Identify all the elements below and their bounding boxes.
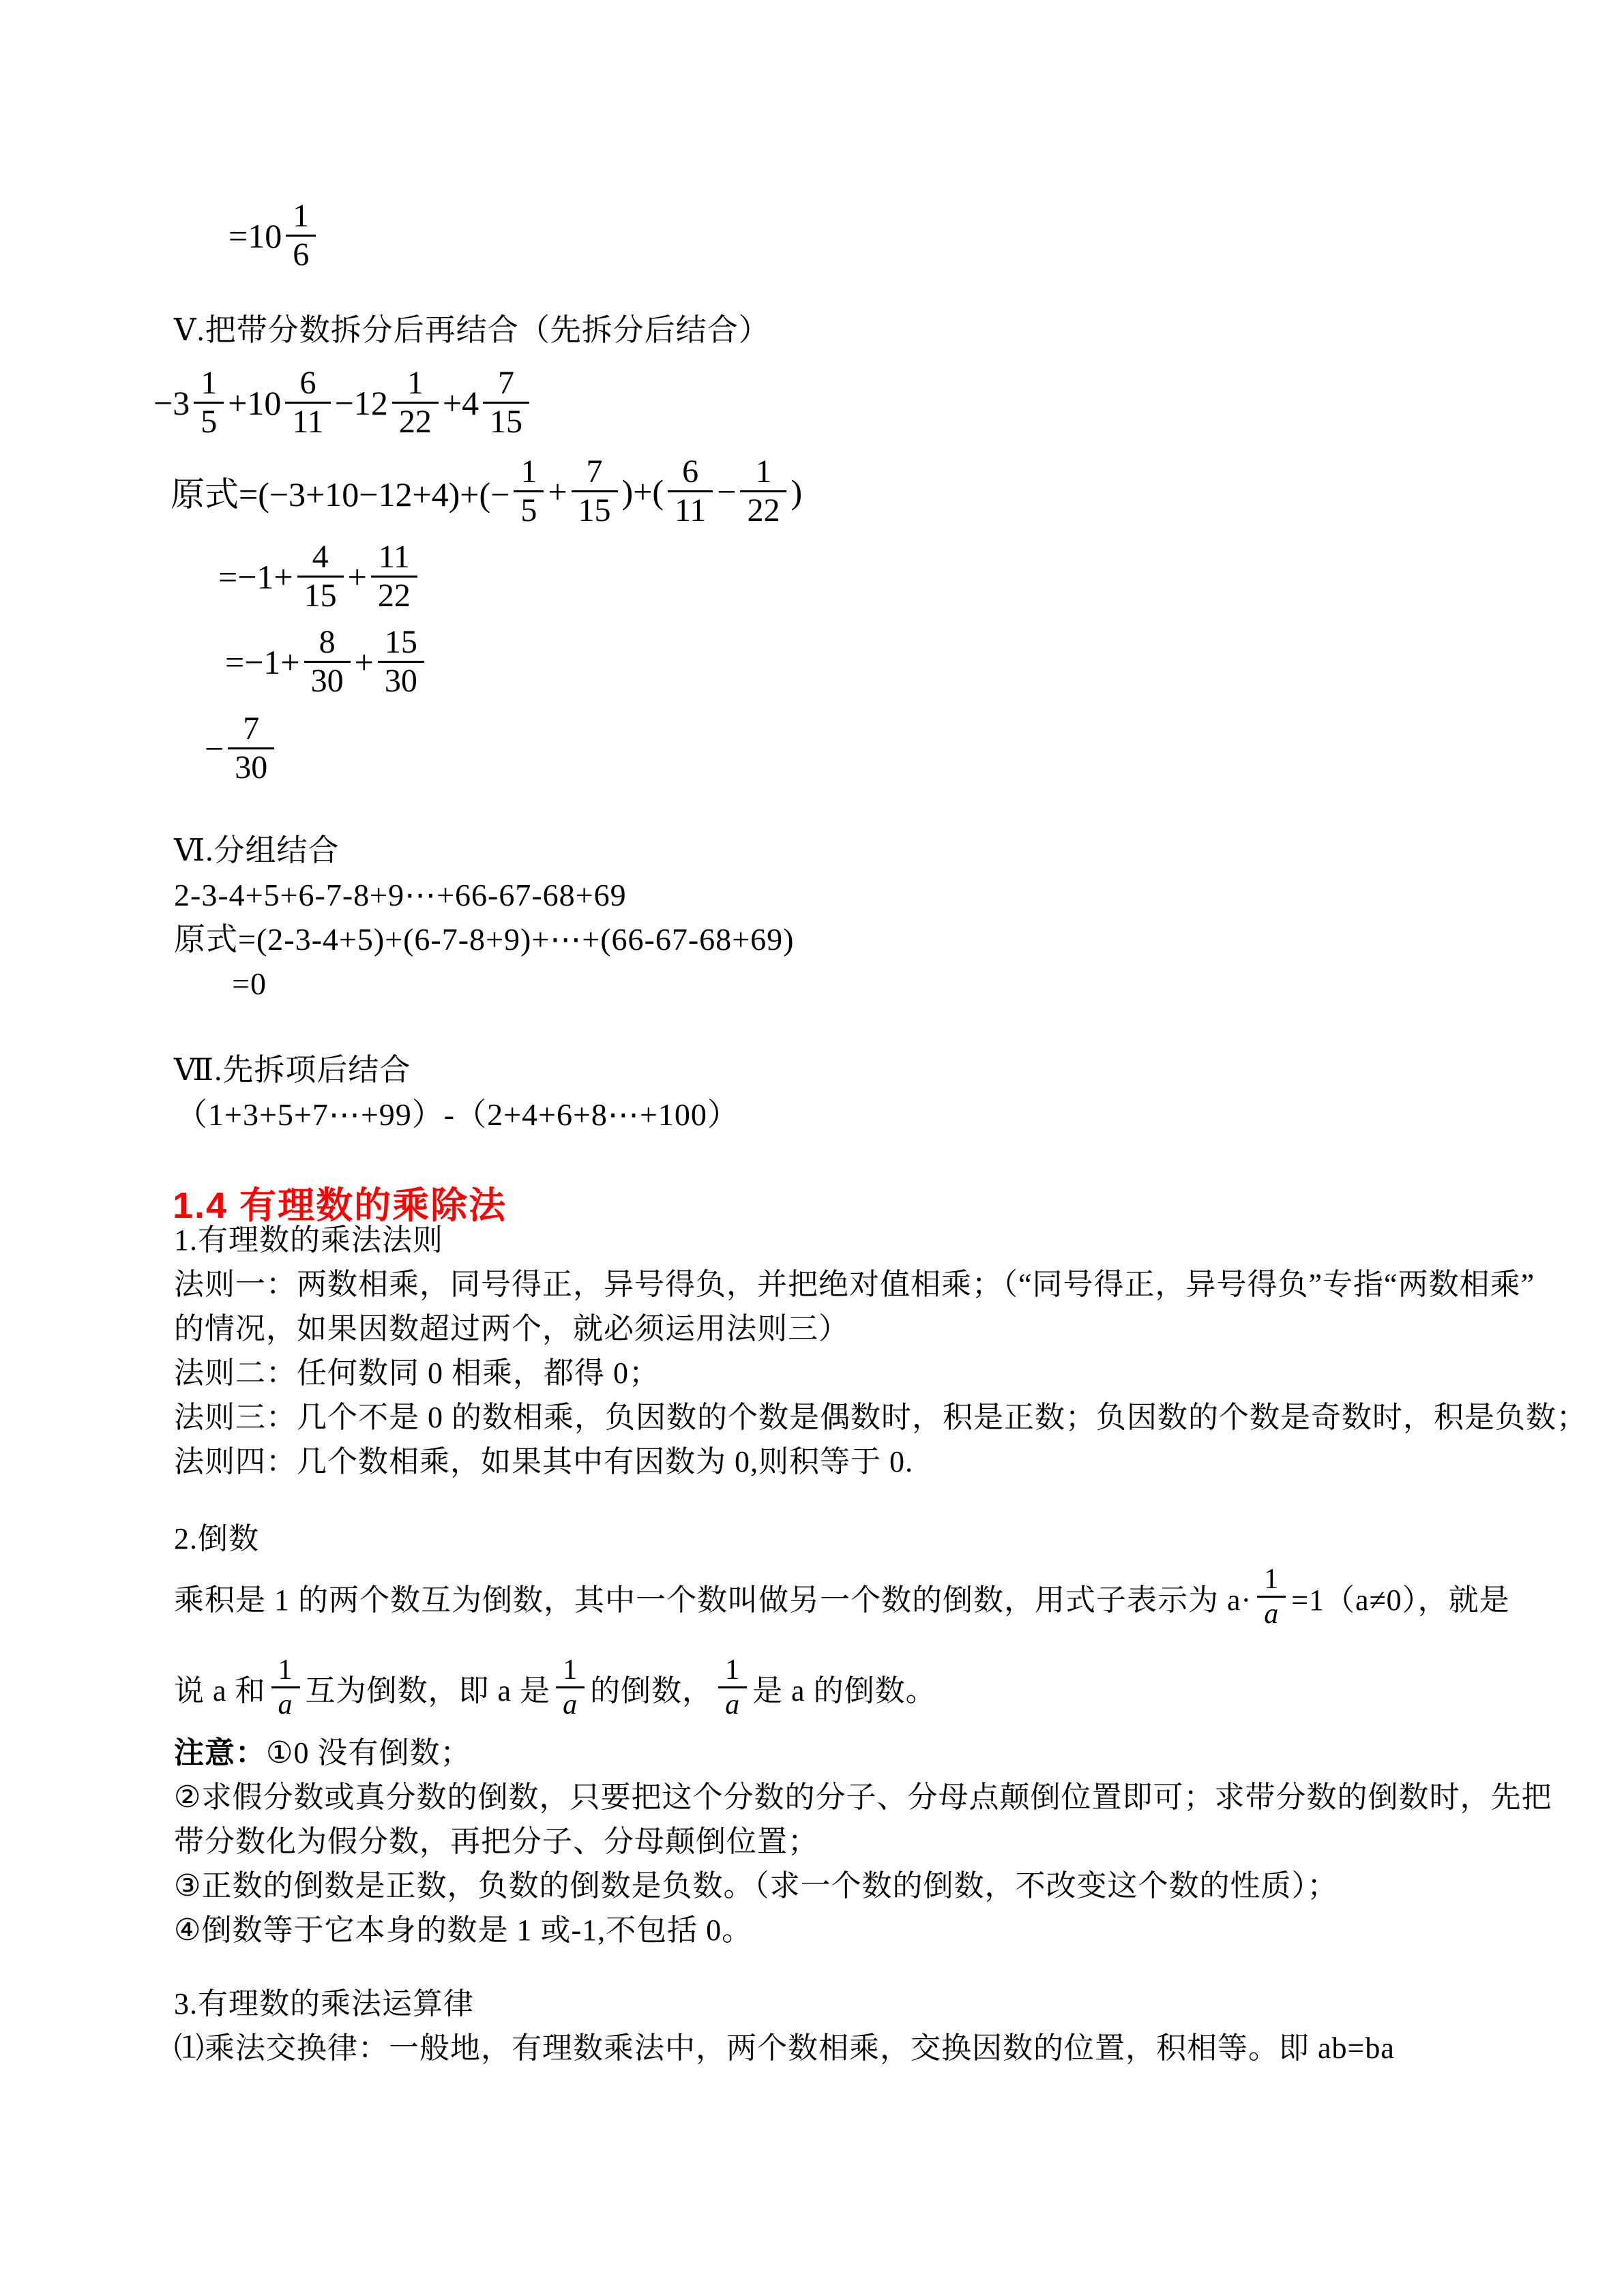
math-text: −12	[335, 383, 388, 423]
fraction: 1a	[556, 1654, 585, 1721]
fraction-numerator: 7	[580, 453, 610, 490]
fraction: 1530	[378, 624, 424, 700]
fraction-numerator: 15	[378, 624, 424, 661]
note-line-2b: 带分数化为假分数，再把分子、分母颠倒位置；	[174, 1822, 818, 1861]
fraction-numerator: 4	[306, 539, 336, 576]
rule-one-line2: 的情况，如果因数超过两个，就必须运用法则三）	[174, 1309, 849, 1348]
fraction: 1122	[371, 539, 417, 615]
body-text: 是 a 的倒数。	[752, 1666, 936, 1710]
subsection-multiplication-rules: 1.有理数的乘法法则	[174, 1221, 443, 1259]
fraction: 15	[514, 453, 544, 530]
fraction-numerator: 1	[718, 1654, 747, 1686]
rule-one-line1: 法则一：两数相乘，同号得正，异号得负，并把绝对值相乘；（“同号得正，异号得负”专…	[174, 1265, 1535, 1304]
fraction-denominator: 30	[228, 747, 274, 786]
rule-three: 法则三：几个不是 0 的数相乘，负因数的个数是偶数时，积是正数；负因数的个数是奇…	[174, 1398, 1587, 1437]
subsection-reciprocal: 2.倒数	[174, 1519, 259, 1558]
math-text: )+(	[622, 472, 664, 511]
formula-step: =−1+ 415 + 1122	[218, 539, 422, 615]
fraction-denominator: 5	[514, 490, 544, 529]
note-line-2a: ②求假分数或真分数的倒数，只要把这个分数的分子、分母点颠倒位置即可；求带分数的倒…	[174, 1778, 1552, 1817]
fraction-numerator: 1	[556, 1654, 585, 1686]
fraction-denominator: 15	[483, 402, 529, 441]
rule-four: 法则四：几个数相乘，如果其中有因数为 0,则积等于 0.	[174, 1442, 913, 1481]
fraction-denominator: 22	[392, 402, 439, 441]
reciprocal-definition-line: 乘积是 1 的两个数互为倒数，其中一个数叫做另一个数的倒数，用式子表示为 a· …	[174, 1563, 1510, 1630]
fraction-denominator: 22	[740, 490, 786, 529]
document-page: =10 1 6 Ⅴ.把带分数拆分后再结合（先拆分后结合） −3 15 +10 6…	[0, 0, 1624, 2296]
subsection-multiplication-laws: 3.有理数的乘法运算律	[174, 1984, 474, 2023]
rule-two: 法则二：任何数同 0 相乘，都得 0；	[174, 1354, 660, 1392]
fraction-numerator: 1	[286, 198, 316, 235]
section-vi-heading: Ⅵ.分组结合	[174, 831, 340, 871]
fraction-denominator: 11	[668, 490, 713, 529]
math-text: +4	[443, 383, 479, 423]
note-line-4: ④倒数等于它本身的数是 1 或-1,不包括 0。	[174, 1911, 752, 1950]
section-v-heading: Ⅴ.把带分数拆分后再结合（先拆分后结合）	[174, 310, 770, 351]
math-text: )	[791, 472, 802, 511]
body-text: 的倒数，	[590, 1666, 713, 1710]
math-text: +	[348, 557, 367, 597]
series-expression: 2-3-4+5+6-7-8+9⋯+66-67-68+69	[174, 875, 627, 916]
fraction-denominator: 6	[286, 235, 316, 273]
fraction: 1a	[718, 1654, 747, 1721]
math-text: −3	[153, 383, 190, 423]
math-text: +	[548, 472, 567, 511]
fraction: 611	[668, 453, 713, 530]
math-text: =−1+	[218, 557, 293, 597]
formula-regrouped: 原式=(−3+10−12+4)+(− 15 + 715 )+( 611 − 12…	[171, 453, 802, 530]
note-label: 注意：	[174, 1736, 266, 1770]
math-text: =−1+	[225, 642, 300, 682]
fraction-denominator: 15	[297, 576, 344, 614]
formula-step: =−1+ 830 + 1530	[225, 624, 428, 700]
fraction: 715	[483, 365, 529, 441]
body-text: 说 a 和	[174, 1666, 266, 1710]
math-text: 原式=(−3+10−12+4)+(−	[171, 467, 510, 516]
fraction: 15	[194, 365, 224, 441]
math-text: +10	[228, 383, 281, 423]
fraction: 715	[572, 453, 618, 530]
fraction-numerator: 8	[312, 624, 342, 661]
fraction-denominator: 5	[194, 402, 224, 441]
fraction: 830	[304, 624, 351, 700]
fraction-denominator: 22	[371, 576, 417, 614]
odd-even-sum-expression: （1+3+5+7⋯+99）-（2+4+6+8⋯+100）	[176, 1094, 739, 1135]
fraction-numerator: 11	[372, 539, 417, 576]
math-text: +	[355, 642, 374, 682]
fraction: 1 6	[286, 198, 316, 274]
fraction-numerator: 6	[675, 453, 705, 490]
fraction: 122	[740, 453, 786, 530]
fraction-numerator: 7	[491, 365, 521, 402]
fraction: 611	[285, 365, 330, 441]
formula-mixed-numbers: −3 15 +10 611 −12 122 +4 715	[153, 365, 533, 441]
formula-result-ten-one-sixth: =10 1 6	[228, 198, 320, 274]
fraction-denominator: a	[556, 1686, 585, 1721]
series-result: =0	[232, 964, 267, 1004]
math-text: −	[717, 472, 736, 511]
fraction-numerator: 1	[1257, 1563, 1286, 1596]
fraction: 730	[228, 711, 274, 787]
fraction: 1a	[1257, 1563, 1286, 1630]
reciprocal-explanation-line: 说 a 和 1a 互为倒数，即 a 是 1a 的倒数， 1a 是 a 的倒数。	[174, 1654, 936, 1721]
series-grouped: 原式=(2-3-4+5)+(6-7-8+9)+⋯+(66-67-68+69)	[174, 919, 794, 960]
fraction-numerator: 1	[748, 453, 778, 490]
fraction: 1a	[271, 1654, 300, 1721]
math-text: =10	[228, 216, 282, 256]
fraction-numerator: 1	[271, 1654, 300, 1686]
fraction: 415	[297, 539, 344, 615]
body-text: =1（a≠0），就是	[1291, 1575, 1510, 1619]
fraction-numerator: 1	[514, 453, 544, 490]
fraction-denominator: 30	[378, 661, 424, 700]
note-text: ①0 没有倒数；	[266, 1736, 471, 1770]
fraction-denominator: a	[1257, 1596, 1286, 1630]
math-text: −	[205, 729, 224, 769]
fraction-denominator: 30	[304, 661, 351, 700]
fraction: 122	[392, 365, 439, 441]
commutative-law-line: ⑴乘法交换律：一般地，有理数乘法中，两个数相乘，交换因数的位置，积相等。即 ab…	[174, 2029, 1395, 2068]
formula-final: − 730	[205, 711, 278, 787]
fraction-denominator: a	[718, 1686, 747, 1721]
fraction-denominator: a	[271, 1686, 300, 1721]
fraction-denominator: 11	[285, 402, 330, 441]
fraction-denominator: 15	[572, 490, 618, 529]
note-line-1: 注意：①0 没有倒数；	[174, 1733, 471, 1772]
section-vii-heading: Ⅶ.先拆项后结合	[174, 1050, 411, 1090]
body-text: 乘积是 1 的两个数互为倒数，其中一个数叫做另一个数的倒数，用式子表示为 a·	[174, 1575, 1252, 1619]
fraction-numerator: 1	[194, 365, 224, 402]
body-text: 互为倒数，即 a 是	[306, 1666, 551, 1710]
fraction-numerator: 6	[293, 365, 323, 402]
note-line-3: ③正数的倒数是正数，负数的倒数是负数。（求一个数的倒数，不改变这个数的性质）；	[174, 1866, 1338, 1905]
fraction-numerator: 7	[236, 711, 266, 747]
fraction-numerator: 1	[400, 365, 430, 402]
